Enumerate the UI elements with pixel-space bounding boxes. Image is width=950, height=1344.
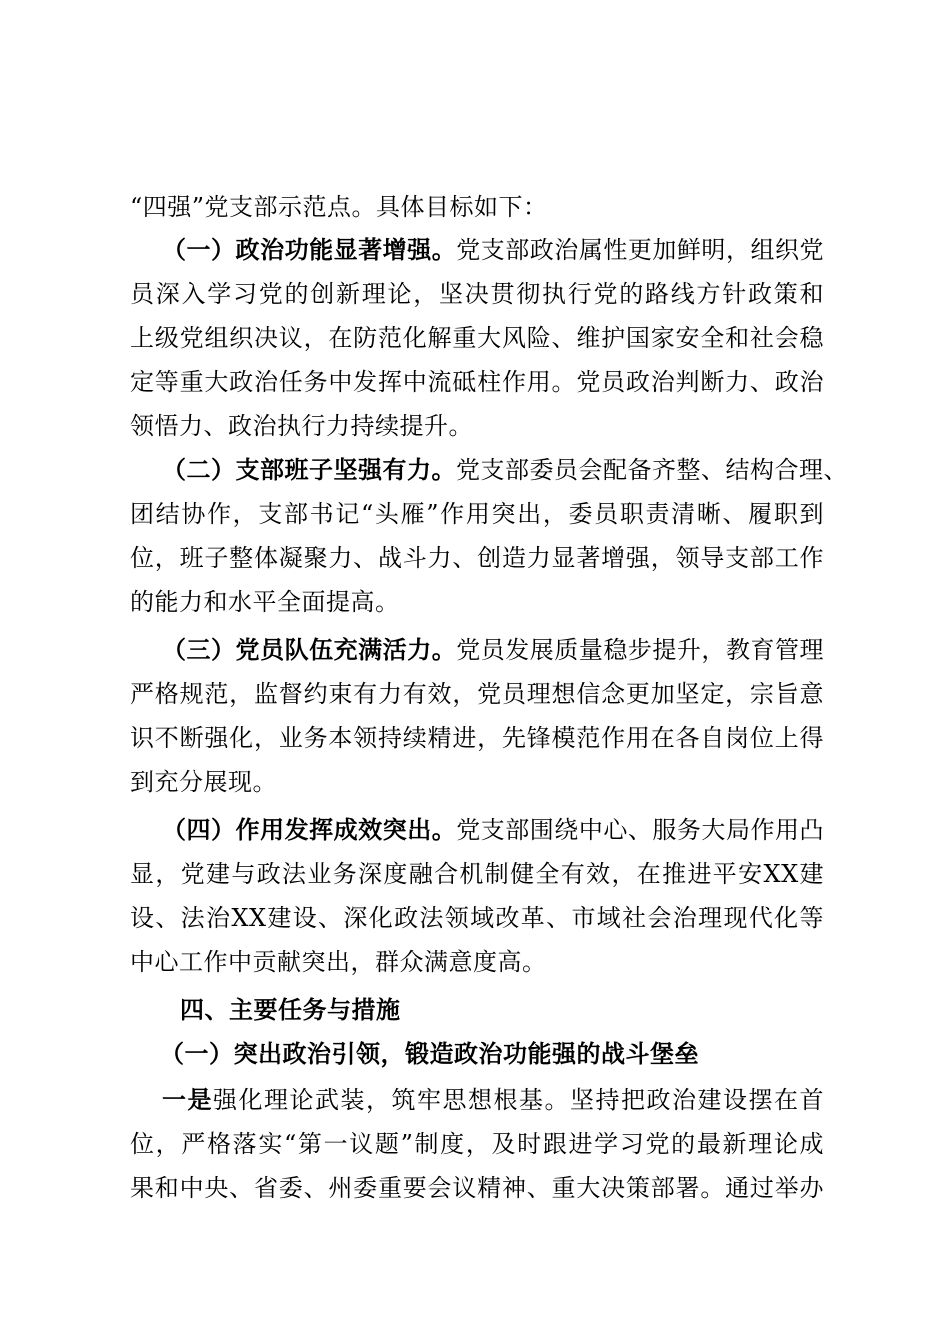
goal-3-title: （三）党员队伍充满活力。	[162, 636, 456, 664]
goal-2-title: （二）支部班子坚强有力。	[162, 456, 456, 484]
goal-4-title: （四）作用发挥成效突出。	[162, 816, 456, 844]
task-text: 强化理论武装，筑牢思想根基。坚持把政治建设摆在首	[213, 1086, 824, 1114]
goal-1-line: 上级党组织决议，在防范化解重大风险、维护国家安全和社会稳	[130, 317, 824, 360]
goal-1-line: 员深入学习党的创新理论，坚决贯彻执行党的路线方针政策和	[130, 273, 824, 316]
document-page: “四强”党支部示范点。具体目标如下： （一）政治功能显著增强。党支部政治属性更加…	[0, 0, 950, 1344]
task-line: 果和中央、省委、州委重要会议精神、重大决策部署。通过举办	[130, 1167, 824, 1210]
goal-2-first-line: （二）支部班子坚强有力。党支部委员会配备齐整、结构合理、	[162, 449, 824, 492]
goal-1-line: 定等重大政治任务中发挥中流砥柱作用。党员政治判断力、政治	[130, 361, 824, 404]
goal-1-first-line: （一）政治功能显著增强。党支部政治属性更加鲜明，组织党	[162, 229, 824, 272]
task-lead: 一是	[162, 1086, 213, 1114]
goal-2-text: 党支部委员会配备齐整、结构合理、	[456, 456, 848, 484]
goal-3-line: 严格规范，监督约束有力有效，党员理想信念更加坚定，宗旨意	[130, 673, 824, 716]
goal-1-title: （一）政治功能显著增强。	[162, 236, 456, 264]
goal-3-line: 识不断强化，业务本领持续精进，先锋模范作用在各自岗位上得	[130, 717, 824, 760]
goal-1-text: 党支部政治属性更加鲜明，组织党	[456, 236, 824, 264]
goal-3-text: 党员发展质量稳步提升，教育管理	[456, 636, 824, 664]
task-line: 位，严格落实“第一议题”制度，及时跟进学习党的最新理论成	[130, 1123, 824, 1166]
goal-3-line: 到充分展现。	[130, 761, 824, 804]
goal-4-line: 设、法治XX建设、深化政法领域改革、市域社会治理现代化等	[130, 897, 824, 940]
subsection-heading: （一）突出政治引领，锻造政治功能强的战斗堡垒	[160, 1033, 800, 1076]
task-first-line: 一是强化理论武装，筑牢思想根基。坚持把政治建设摆在首	[162, 1079, 824, 1122]
goal-4-line: 中心工作中贡献突出，群众满意度高。	[130, 941, 824, 984]
goal-4-text: 党支部围绕中心、服务大局作用凸	[456, 816, 824, 844]
goal-1-line: 领悟力、政治执行力持续提升。	[130, 405, 824, 448]
goal-3-first-line: （三）党员队伍充满活力。党员发展质量稳步提升，教育管理	[162, 629, 824, 672]
intro-line: “四强”党支部示范点。具体目标如下：	[130, 186, 824, 229]
section-heading: 四、主要任务与措施	[180, 989, 780, 1032]
goal-4-first-line: （四）作用发挥成效突出。党支部围绕中心、服务大局作用凸	[162, 809, 824, 852]
goal-2-line: 团结协作，支部书记“头雁”作用突出，委员职责清晰、履职到	[130, 493, 824, 536]
goal-4-line: 显，党建与政法业务深度融合机制健全有效，在推进平安XX建	[130, 853, 824, 896]
intro-text: “四强”党支部示范点。具体目标如下：	[130, 193, 548, 221]
goal-2-line: 的能力和水平全面提高。	[130, 581, 824, 624]
goal-2-line: 位，班子整体凝聚力、战斗力、创造力显著增强，领导支部工作	[130, 537, 824, 580]
